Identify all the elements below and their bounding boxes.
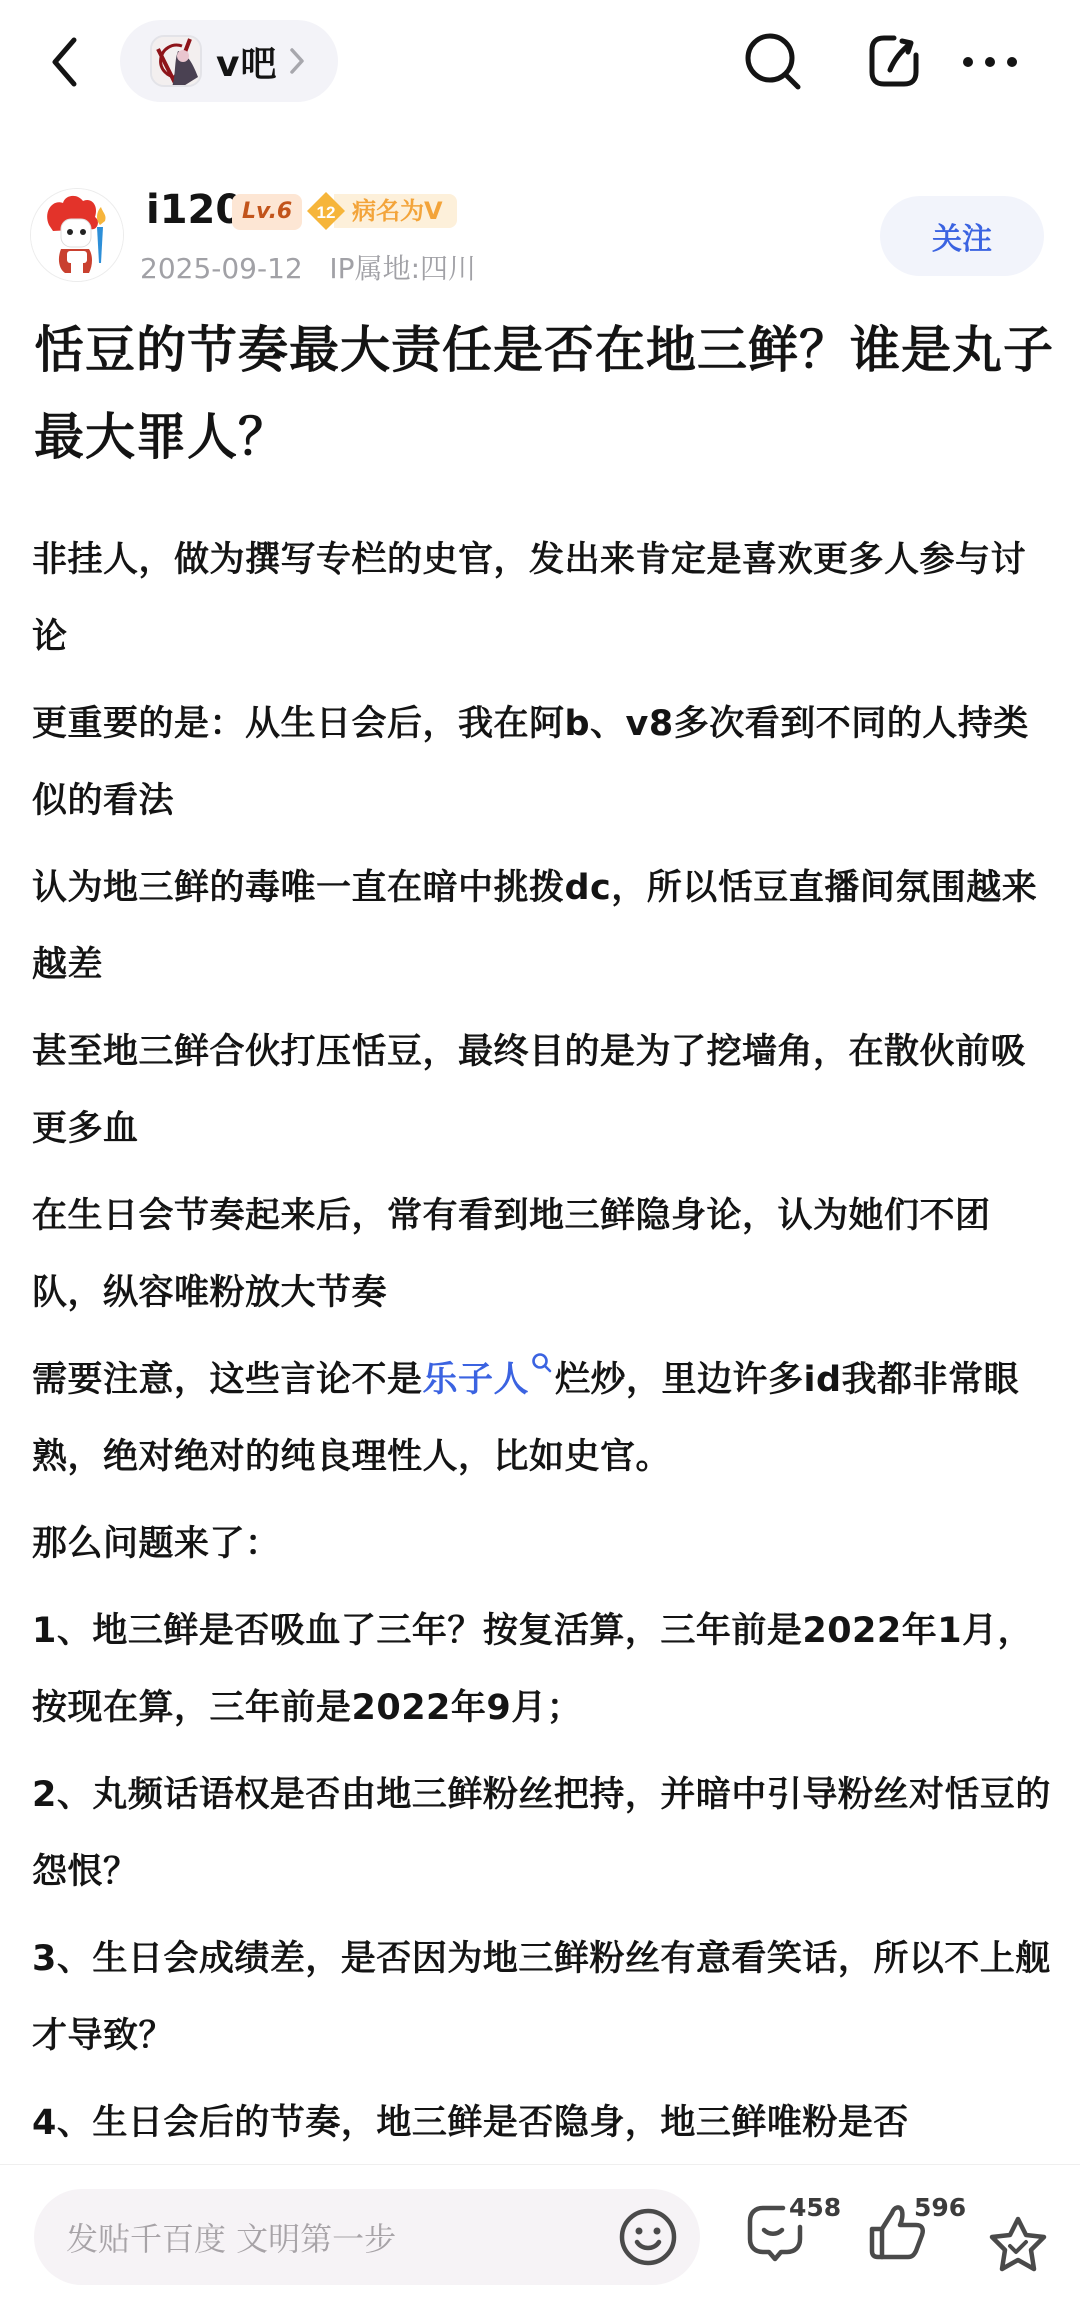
chevron-right-icon	[289, 47, 305, 75]
more-button[interactable]	[956, 28, 1024, 96]
comment-count: 458	[789, 2193, 841, 2222]
forum-name: v吧	[216, 36, 277, 87]
paragraph: 甚至地三鲜合伙打压恬豆，最终目的是为了挖墙角，在散伙前吸更多血	[32, 1014, 1056, 1168]
forum-avatar	[150, 35, 202, 87]
chevron-left-icon	[48, 35, 82, 89]
paragraph-text: 需要注意，这些言论不是	[32, 1360, 423, 1400]
search-button[interactable]	[740, 28, 808, 96]
paragraph: 认为地三鲜的毒唯一直在暗中挑拨dc，所以恬豆直播间氛围越来越差	[32, 850, 1056, 1004]
post-meta: 2025-09-12 IP属地:四川	[140, 252, 476, 286]
like-button[interactable]: 596	[866, 2185, 976, 2285]
paragraph: 4、生日会后的节奏，地三鲜是否隐身，地三鲜唯粉是否	[32, 2085, 1056, 2162]
top-nav-bar: v吧	[0, 0, 1080, 130]
title-badge-label: 病名为V	[334, 194, 457, 228]
more-icon	[960, 54, 1020, 70]
paragraph: 3、生日会成绩差，是否因为地三鲜粉丝有意看笑话，所以不上舰才导致？	[32, 1921, 1056, 2075]
paragraph: 1、地三鲜是否吸血了三年？按复活算，三年前是2022年1月，按现在算，三年前是2…	[32, 1593, 1056, 1747]
author-row: i120 Lv.6 12 病名为V 2025-09-12 IP属地:四川 关注	[0, 180, 1080, 290]
bottom-action-bar: 发贴千百度 文明第一步 458 596	[0, 2164, 1080, 2303]
comment-placeholder: 发贴千百度 文明第一步	[66, 2214, 396, 2260]
paragraph: 更重要的是：从生日会后，我在阿b、v8多次看到不同的人持类似的看法	[32, 686, 1056, 840]
follow-button[interactable]: 关注	[880, 196, 1044, 276]
like-count: 596	[914, 2193, 966, 2222]
paragraph: 非挂人，做为撰写专栏的史官，发出来肯定是喜欢更多人参与讨论	[32, 522, 1056, 676]
comment-button[interactable]: 458	[745, 2185, 855, 2285]
post-title: 恬豆的节奏最大责任是否在地三鲜？谁是丸子最大罪人？	[34, 307, 1054, 481]
star-check-icon	[986, 2215, 1050, 2275]
author-name[interactable]: i120	[146, 186, 243, 234]
badge-diamond-icon: 12	[306, 191, 346, 231]
author-avatar[interactable]	[30, 188, 124, 282]
share-button[interactable]	[862, 28, 930, 96]
paragraph: 2、丸频话语权是否由地三鲜粉丝把持，并暗中引导粉丝对恬豆的怨恨？	[32, 1757, 1056, 1911]
comment-input[interactable]: 发贴千百度 文明第一步	[34, 2189, 700, 2285]
emoji-button[interactable]	[612, 2201, 684, 2273]
share-icon	[866, 32, 926, 92]
search-icon	[531, 1352, 553, 1374]
back-button[interactable]	[40, 30, 90, 94]
keyword-link[interactable]: 乐子人	[423, 1360, 556, 1400]
favorite-button[interactable]	[980, 2185, 1060, 2285]
forum-pill[interactable]: v吧	[120, 20, 338, 102]
title-badge: 12 病名为V	[306, 192, 457, 230]
keyword-text: 乐子人	[423, 1360, 530, 1400]
paragraph: 那么问题来了：	[32, 1506, 1056, 1583]
paragraph: 需要注意，这些言论不是乐子人烂炒，里边许多id我都非常眼熟，绝对绝对的纯良理性人…	[32, 1342, 1056, 1496]
level-badge: Lv.6	[232, 194, 302, 230]
svg-text:12: 12	[317, 203, 336, 222]
post-body: 非挂人，做为撰写专栏的史官，发出来肯定是喜欢更多人参与讨论 更重要的是：从生日会…	[32, 522, 1056, 2172]
search-icon	[742, 30, 806, 94]
paragraph: 在生日会节奏起来后，常有看到地三鲜隐身论，认为她们不团队，纵容唯粉放大节奏	[32, 1178, 1056, 1332]
smiley-icon	[618, 2207, 678, 2267]
